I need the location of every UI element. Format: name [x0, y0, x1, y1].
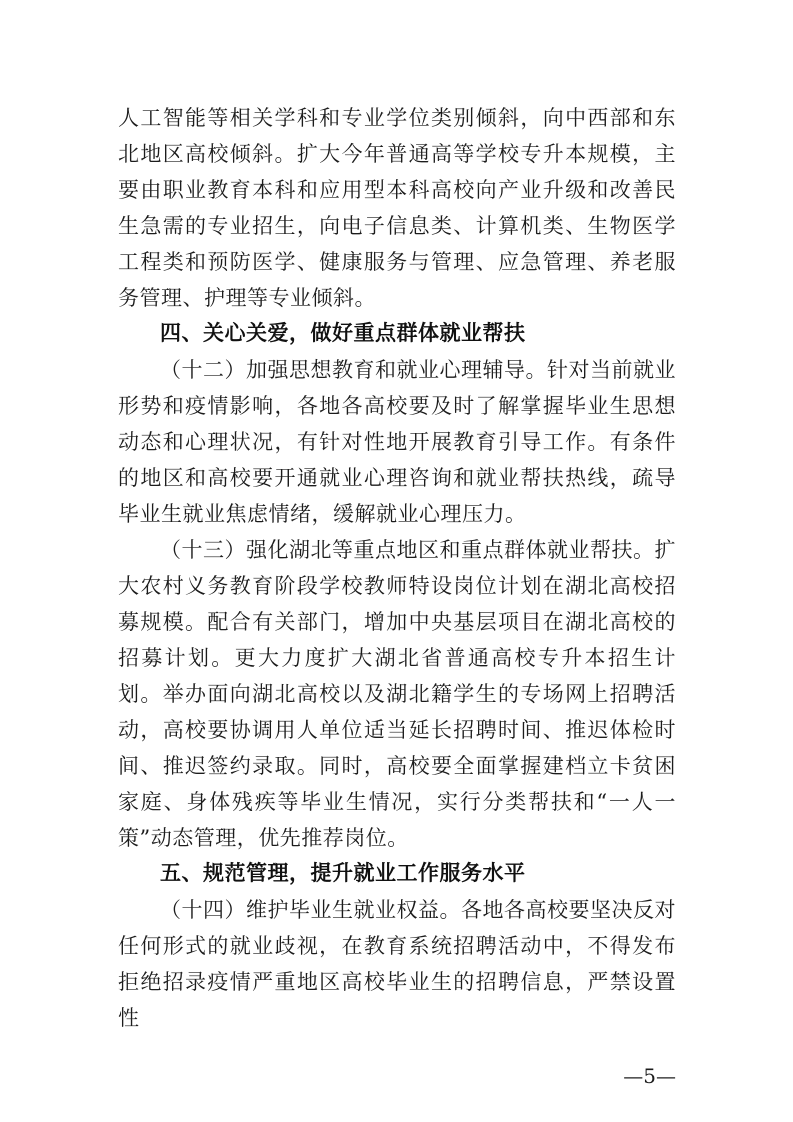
document-body: 人工智能等相关学科和专业学位类别倾斜，向中西部和东北地区高校倾斜。扩大今年普通高…: [118, 100, 676, 1088]
paragraph-clause-13-text: 扩大农村义务教育阶段学校教师特设岗位计划在湖北高校招募规模。配合有关部门，增加中…: [118, 538, 676, 850]
document-page: 人工智能等相关学科和专业学位类别倾斜，向中西部和东北地区高校倾斜。扩大今年普通高…: [0, 0, 793, 1122]
paragraph-clause-12-lead: （十二）加强思想教育和就业心理辅导。: [160, 358, 547, 382]
paragraph-clause-14: （十四）维护毕业生就业权益。各地各高校要坚决反对任何形式的就业歧视，在教育系统招…: [118, 892, 676, 1036]
paragraph-clause-13: （十三）强化湖北等重点地区和重点群体就业帮扶。扩大农村义务教育阶段学校教师特设岗…: [118, 532, 676, 856]
section-heading-five: 五、规范管理，提升就业工作服务水平: [118, 856, 676, 892]
paragraph-clause-13-lead: （十三）强化湖北等重点地区和重点群体就业帮扶。: [160, 538, 655, 562]
section-heading-four: 四、关心关爱，做好重点群体就业帮扶: [118, 316, 676, 352]
paragraph-continuation: 人工智能等相关学科和专业学位类别倾斜，向中西部和东北地区高校倾斜。扩大今年普通高…: [118, 100, 676, 316]
paragraph-clause-12-text: 针对当前就业形势和疫情影响，各地各高校要及时了解掌握毕业生思想动态和心理状况，有…: [118, 358, 676, 526]
page-number: —5—: [118, 1064, 676, 1088]
paragraph-clause-12: （十二）加强思想教育和就业心理辅导。针对当前就业形势和疫情影响，各地各高校要及时…: [118, 352, 676, 532]
paragraph-clause-14-lead: （十四）维护毕业生就业权益。: [160, 898, 461, 922]
